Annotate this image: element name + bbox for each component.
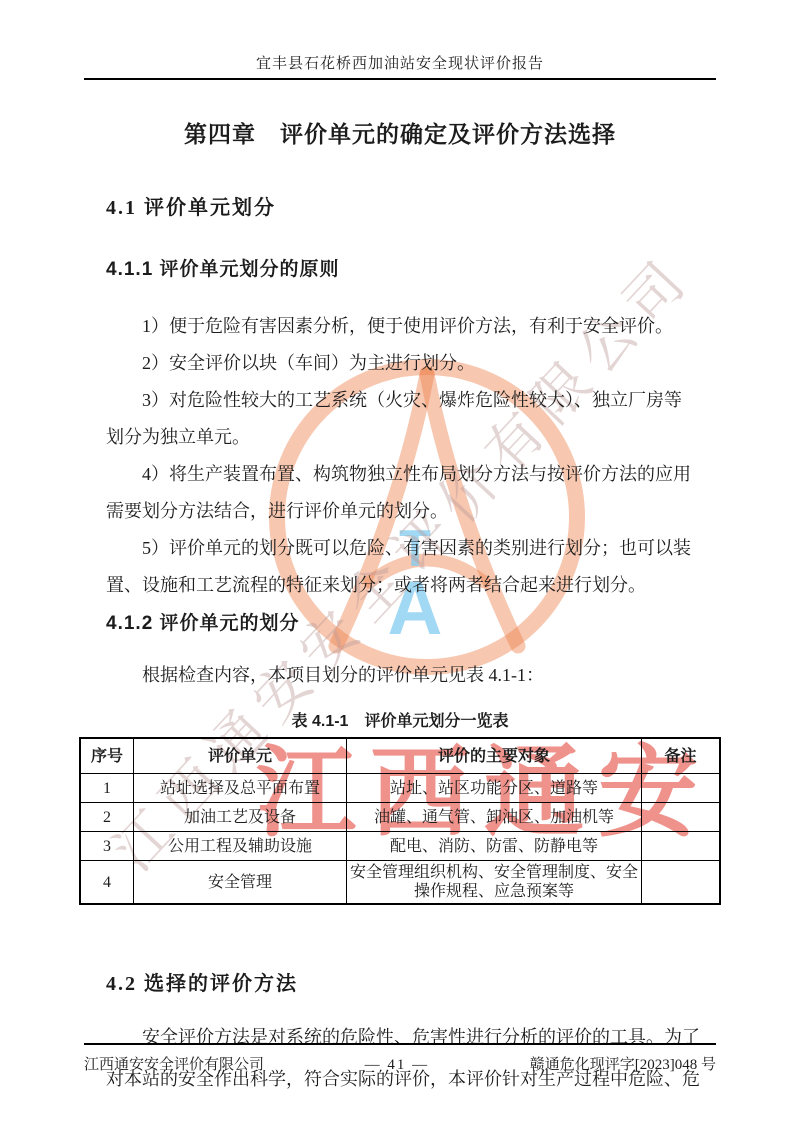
table-cell xyxy=(642,803,721,832)
table-cell: 公用工程及辅助设施 xyxy=(134,832,347,861)
table-cell: 油罐、通气管、卸油区、加油机等 xyxy=(347,803,642,832)
table-cell: 安全管理 xyxy=(134,861,347,905)
table-cell: 加油工艺及设备 xyxy=(134,803,347,832)
evaluation-units-table: 序号 评价单元 评价的主要对象 备注 1站址选择及总平面布置站址、站区功能分区、… xyxy=(79,737,721,905)
paragraph-line: 置、设施和工艺流程的特征来划分；或者将两者结合起来进行划分。 xyxy=(106,567,704,604)
table-cell: 1 xyxy=(80,774,134,803)
table-header-row: 序号 评价单元 评价的主要对象 备注 xyxy=(80,738,720,774)
table-cell xyxy=(642,861,721,905)
paragraph-line: 5）评价单元的划分既可以危险、有害因素的类别进行划分；也可以装 xyxy=(106,530,704,567)
section-4-1-1-heading: 4.1.1 评价单元划分的原则 xyxy=(106,254,704,281)
section-4-2-heading: 4.2 选择的评价方法 xyxy=(106,967,704,996)
table-cell: 站址、站区功能分区、道路等 xyxy=(347,774,642,803)
paragraph-line: 1）便于危险有害因素分析，便于使用评价方法，有利于安全评价。 xyxy=(106,308,704,345)
page-footer: 江西通安安全评价有限公司 — 41 — 赣通危化现评字[2023]048 号 xyxy=(84,1043,716,1074)
table-cell: 3 xyxy=(80,832,134,861)
column-header: 备注 xyxy=(642,738,721,774)
footer-doc-number: 赣通危化现评字[2023]048 号 xyxy=(530,1053,716,1074)
column-header: 评价单元 xyxy=(134,738,347,774)
table-cell: 配电、消防、防雷、防静电等 xyxy=(347,832,642,861)
chapter-title: 第四章 评价单元的确定及评价方法选择 xyxy=(0,116,800,149)
footer-company: 江西通安安全评价有限公司 xyxy=(84,1053,264,1074)
footer-page-number: — 41 — xyxy=(365,1057,430,1074)
section-4-1-2-heading: 4.1.2 评价单元的划分 xyxy=(106,608,704,635)
principles-list: 1）便于危险有害因素分析，便于使用评价方法，有利于安全评价。2）安全评价以块（车… xyxy=(106,308,704,604)
table-row: 1站址选择及总平面布置站址、站区功能分区、道路等 xyxy=(80,774,720,803)
table-cell xyxy=(642,774,721,803)
page-header: 宜丰县石花桥西加油站安全现状评价报告 xyxy=(84,0,716,80)
paragraph-line: 2）安全评价以块（车间）为主进行划分。 xyxy=(106,345,704,382)
paragraph-line: 划分为独立单元。 xyxy=(106,419,704,456)
paragraph-line: 根据检查内容，本项目划分的评价单元见表 4.1-1： xyxy=(106,657,704,694)
paragraph-line: 4）将生产装置布置、构筑物独立性布局划分方法与按评价方法的应用 xyxy=(106,456,704,493)
paragraph-line: 需要划分方法结合，进行评价单元的划分。 xyxy=(106,493,704,530)
table-cell: 站址选择及总平面布置 xyxy=(134,774,347,803)
table-cell: 4 xyxy=(80,861,134,905)
column-header: 序号 xyxy=(80,738,134,774)
table-cell xyxy=(642,832,721,861)
table-row: 4安全管理安全管理组织机构、安全管理制度、安全操作规程、应急预案等 xyxy=(80,861,720,905)
document-page: T A 江西通安安全评价有限公司 江西通安 宜丰县石花桥西加油站安全现状评价报告… xyxy=(0,0,800,1131)
table-caption: 表 4.1-1 评价单元划分一览表 xyxy=(0,708,800,731)
paragraph-line: 3）对危险性较大的工艺系统（火灾、爆炸危险性较大）、独立厂房等 xyxy=(106,382,704,419)
unit-table-body: 1站址选择及总平面布置站址、站区功能分区、道路等2加油工艺及设备油罐、通气管、卸… xyxy=(80,774,720,905)
column-header: 评价的主要对象 xyxy=(347,738,642,774)
table-row: 2加油工艺及设备油罐、通气管、卸油区、加油机等 xyxy=(80,803,720,832)
table-intro-paragraph: 根据检查内容，本项目划分的评价单元见表 4.1-1： xyxy=(106,657,704,694)
report-title: 宜丰县石花桥西加油站安全现状评价报告 xyxy=(256,56,544,72)
page-content: 宜丰县石花桥西加油站安全现状评价报告 第四章 评价单元的确定及评价方法选择 4.… xyxy=(0,0,800,1131)
section-4-1-heading: 4.1 评价单元划分 xyxy=(106,191,704,220)
table-cell: 安全管理组织机构、安全管理制度、安全操作规程、应急预案等 xyxy=(347,861,642,905)
table-cell: 2 xyxy=(80,803,134,832)
table-row: 3公用工程及辅助设施配电、消防、防雷、防静电等 xyxy=(80,832,720,861)
table-head: 序号 评价单元 评价的主要对象 备注 xyxy=(80,738,720,774)
